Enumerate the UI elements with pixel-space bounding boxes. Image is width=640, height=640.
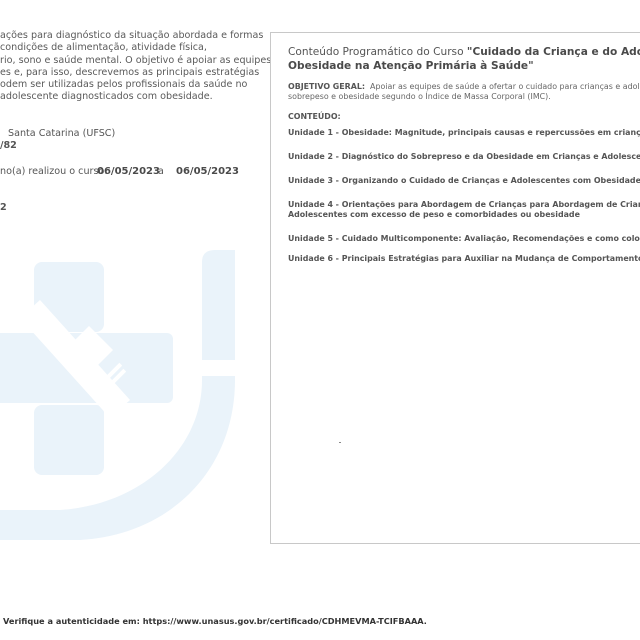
general-objective: OBJETIVO GERAL: Apoiar as equipes de saú…	[288, 82, 640, 102]
unit-item: Unidade 6 - Principais Estratégias para …	[288, 254, 640, 264]
course-description: ações para diagnóstico da situação abord…	[0, 30, 262, 104]
stray-mark	[339, 442, 341, 443]
content-label: CONTEÚDO:	[288, 112, 341, 121]
date-separator: a	[158, 166, 164, 177]
unit-item-line1: Unidade 4 - Orientações para Abordagem d…	[288, 200, 640, 209]
objective-label: OBJETIVO GERAL:	[288, 82, 365, 91]
authenticity-verification-link[interactable]: Verifique a autenticidade em: https://ww…	[3, 616, 427, 626]
unit-item: Unidade 1 - Obesidade: Magnitude, princi…	[288, 128, 640, 138]
description-line: adolescente diagnosticados com obesidade…	[0, 91, 262, 103]
objective-text: Apoiar as equipes de saúde a ofertar o c…	[365, 82, 640, 91]
unit-item: Unidade 2 - Diagnóstico do Sobrepreso e …	[288, 152, 640, 162]
objective-text-cont: sobrepeso e obesidade segundo o Índice d…	[288, 92, 551, 101]
course-name-line1: "Cuidado da Criança e do Adolescente com	[467, 46, 640, 58]
title-prefix: Conteúdo Programático do Curso	[288, 46, 467, 58]
course-name-line2: Obesidade na Atenção Primária à Saúde"	[288, 60, 534, 72]
unit-item: Unidade 5 - Cuidado Multicomponente: Ava…	[288, 234, 640, 244]
course-period: no(a) realizou o curso: 06/05/2023 a 06/…	[0, 166, 108, 177]
institution-code: /82	[0, 140, 17, 151]
description-line: ações para diagnóstico da situação abord…	[0, 30, 262, 42]
description-line: rio, sono e saúde mental. O objetivo é a…	[0, 55, 262, 67]
unit-item: Unidade 4 - Orientações para Abordagem d…	[288, 200, 640, 220]
unit-item-line2: Adolescentes com excesso de peso e comor…	[288, 210, 580, 219]
institution-name: Santa Catarina (UFSC)	[8, 127, 115, 140]
program-title: Conteúdo Programático do Curso "Cuidado …	[288, 46, 640, 73]
program-content-panel: Conteúdo Programático do Curso "Cuidado …	[270, 32, 640, 544]
period-label: no(a) realizou o curso:	[0, 166, 108, 177]
description-line: odem ser utilizadas pelos profissionais …	[0, 79, 262, 91]
description-line: condições de alimentação, atividade físi…	[0, 42, 262, 54]
unit-item: Unidade 3 - Organizando o Cuidado de Cri…	[288, 176, 640, 186]
description-line: es e, para isso, descrevemos as principa…	[0, 67, 262, 79]
course-hours: 2	[0, 202, 7, 213]
start-date: 06/05/2023	[97, 166, 160, 177]
end-date: 06/05/2023	[176, 166, 239, 177]
